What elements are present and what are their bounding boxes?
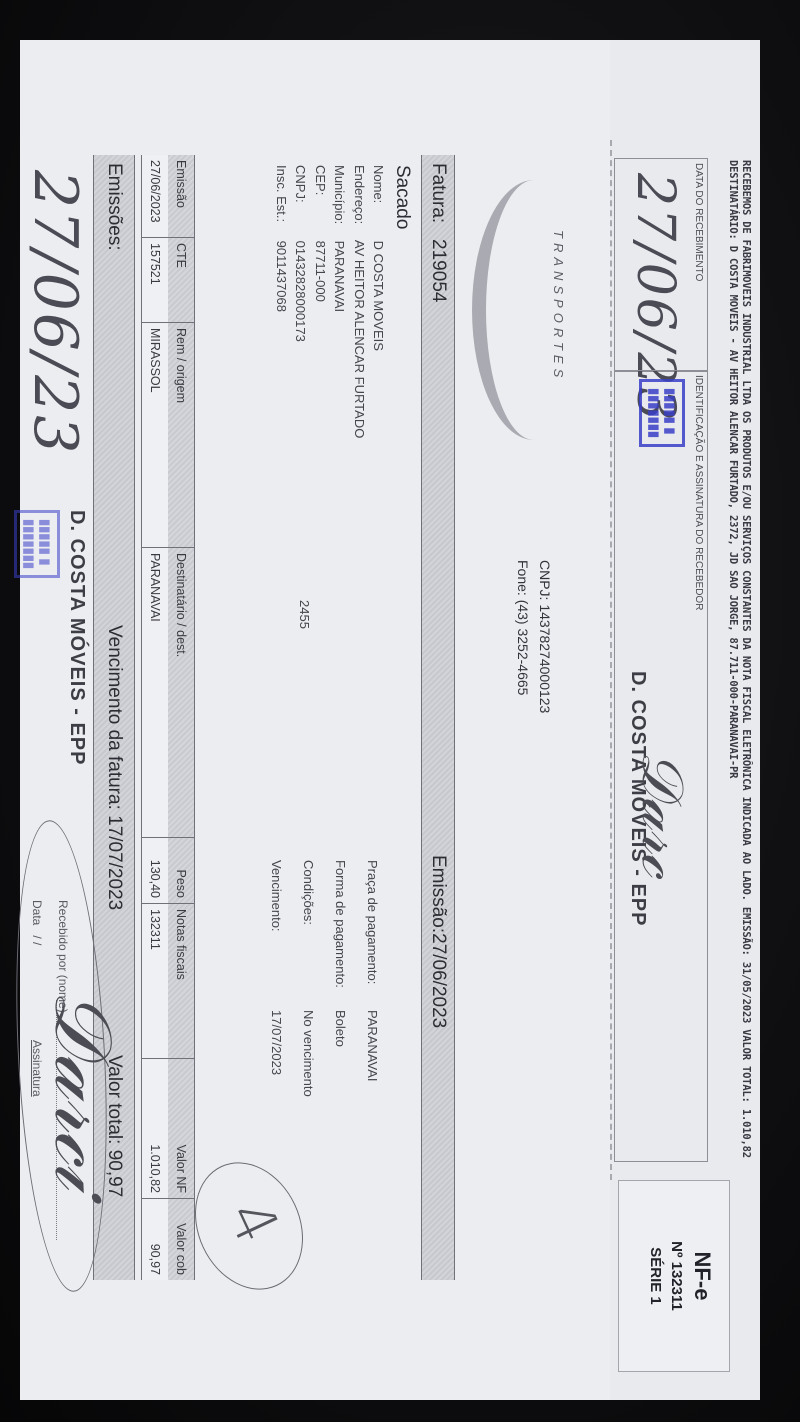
payer-heading: Sacado [393, 165, 413, 845]
invoice-document: RECEBEMOS DE FABRIMOVEIS INDUSTRIAL LTDA… [20, 40, 760, 1400]
handwritten-receipt-date: 27/06/23 [20, 170, 90, 455]
receipt-date-box: DATA DO RECEBIMENTO 27/06/23 [614, 158, 708, 372]
table-row: 27/06/2023 157521 MIRASSOL PARANAVAI 130… [141, 155, 168, 1280]
nfe-serie: SÉRIE 1 [647, 1181, 664, 1371]
nfe-title: NF-e [689, 1181, 715, 1371]
company-cnpj: CNPJ: 14378274000123 [534, 560, 556, 713]
payer-state-registration: Insc. Est.: 9011437068 [272, 165, 292, 845]
payer-name: Nome: D COSTA MOVEIS [369, 165, 389, 845]
invoice-issue-date: Emissão:27/06/2023 [422, 855, 454, 1028]
payment-section: Praça de pagamento:PARANAVAI Forma de pa… [260, 860, 388, 1097]
invoice-number: Fatura: 219054 [422, 163, 454, 302]
receiver-ident-label: IDENTIFICAÇÃO E ASSINATURA DO RECEBEDOR [693, 375, 704, 610]
invoice-body: TRANSPORTES CNPJ: 14378274000123 Fone: (… [20, 40, 610, 1400]
circled-mark: 4 [175, 1145, 323, 1308]
receiver-ident-box: IDENTIFICAÇÃO E ASSINATURA DO RECEBEDOR … [614, 370, 708, 1162]
receipt-date-label: DATA DO RECEBIMENTO [693, 163, 704, 281]
receipt-blue-stamp: ▮▮▮▮▮ ▮▮▮▮▮▮▮▮ [14, 510, 60, 578]
payer-address: Endereço: AV HEITOR ALENCAR FURTADO [350, 165, 370, 845]
perforation-line [610, 140, 612, 1180]
payment-method: Forma de pagamento:Boleto [324, 860, 356, 1097]
payment-due-date: Vencimento:17/07/2023 [260, 860, 292, 1097]
due-date-summary: Vencimento da fatura: 17/07/2023 [94, 625, 134, 910]
company-logo-icon [472, 180, 596, 440]
invoice-header-bar: Fatura: 219054 Emissão:27/06/2023 [421, 155, 455, 1280]
payer-cnpj: CNPJ: 01432828000173 [291, 165, 311, 845]
blue-stamp: ▮▮▮▮▮ ▮▮▮▮▮▮▮▮ [639, 379, 685, 447]
handwritten-signature: 𝒟𝒶𝓇𝒸𝒾 [36, 990, 130, 1189]
payer-city: Município: PARANAVAI [330, 165, 350, 845]
payment-place: Praça de pagamento:PARANAVAI [356, 860, 388, 1097]
payer-address-number: 2455 [297, 600, 312, 629]
receipt-stub: RECEBEMOS DE FABRIMOVEIS INDUSTRIAL LTDA… [610, 40, 760, 1400]
nfe-number: Nº 132311 [668, 1181, 685, 1371]
table-header: Emissão CTE Rem / origem Destinatário / … [168, 155, 195, 1280]
payment-conditions: Condições:No vencimento [292, 860, 324, 1097]
freight-table: Emissão CTE Rem / origem Destinatário / … [141, 155, 195, 1280]
receipt-company-stamp: D. COSTA MÓVEIS - EPP [65, 510, 88, 765]
emissions-label: Emissões: [94, 163, 134, 251]
payer-section: Sacado Nome: D COSTA MOVEIS Endereço: AV… [272, 165, 413, 845]
company-phone: Fone: (43) 3252-4665 [512, 560, 534, 713]
company-info: CNPJ: 14378274000123 Fone: (43) 3252-466… [512, 560, 556, 713]
receipt-statement: RECEBEMOS DE FABRIMOVEIS INDUSTRIAL LTDA… [726, 160, 752, 1160]
payer-cep: CEP: 87711-000 [311, 165, 331, 845]
company-logo-text: TRANSPORTES [551, 230, 566, 382]
nfe-box: NF-e Nº 132311 SÉRIE 1 [618, 1180, 730, 1372]
company-header: TRANSPORTES CNPJ: 14378274000123 Fone: (… [486, 160, 596, 1060]
receiver-signature: 𝒟𝒶𝓇𝒸 [628, 751, 697, 877]
